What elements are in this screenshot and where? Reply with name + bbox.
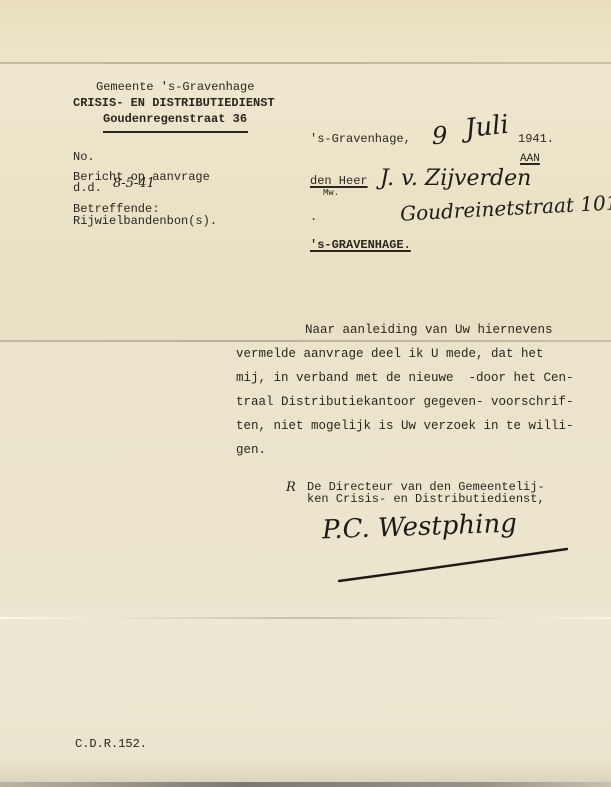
letter-page: Gemeente 's-Gravenhage CRISIS- EN DISTRI… — [0, 0, 611, 787]
dateline-place: 's-Gravenhage, — [310, 132, 411, 146]
signature-flourish — [335, 545, 575, 585]
paper-bottom-edge — [0, 782, 611, 787]
initials-mark: R — [286, 480, 296, 495]
addressee-street: Goudreinetstraat 101 — [400, 190, 611, 225]
addressee-aan: AAN — [520, 152, 540, 166]
letterhead-department: CRISIS- EN DISTRIBUTIEDIENST — [73, 96, 275, 110]
letterhead-address: Goudenregenstraat 36 — [103, 112, 247, 126]
form-code: C.D.R.152. — [75, 737, 147, 751]
paper-fold-top — [0, 62, 611, 64]
paper-fold-lower — [0, 617, 611, 619]
addressee-street-prefix: . — [310, 210, 317, 224]
dateline-month: Juli — [464, 110, 511, 144]
reference-dd-value: 8-5-41 — [113, 176, 155, 191]
signature: P.C. Westphing — [322, 509, 518, 546]
dateline-day: 9 — [432, 122, 447, 150]
reference-betreffende-value: Rijwielbandenbon(s). — [73, 214, 217, 228]
body-line-2: vermelde aanvrage deel ik U mede, dat he… — [236, 342, 544, 366]
body-line-5: ten, niet mogelijk is Uw verzoek in te w… — [236, 414, 574, 438]
closing-title-line-2: ken Crisis- en Distributiedienst, — [307, 492, 545, 506]
body-line-1: Naar aanleiding van Uw hiernevens — [305, 318, 553, 342]
body-line-3: mij, in verband met de nieuwe -door het … — [236, 366, 574, 390]
addressee-salutation: den Heer — [310, 174, 368, 188]
body-line-4: traal Distributiekantoor gegeven- voorsc… — [236, 390, 574, 414]
dateline-year: 1941. — [518, 132, 554, 146]
addressee-name: J. v. Zijverden — [380, 166, 531, 191]
addressee-city: 's-GRAVENHAGE. — [310, 238, 411, 252]
letterhead-municipality: Gemeente 's-Gravenhage — [96, 80, 254, 94]
reference-dd-label: d.d. — [73, 181, 102, 195]
addressee-salutation-alt: Mw. — [323, 188, 339, 198]
reference-no-label: No. — [73, 150, 95, 164]
letterhead-underline — [103, 131, 248, 133]
body-line-6: gen. — [236, 438, 266, 462]
